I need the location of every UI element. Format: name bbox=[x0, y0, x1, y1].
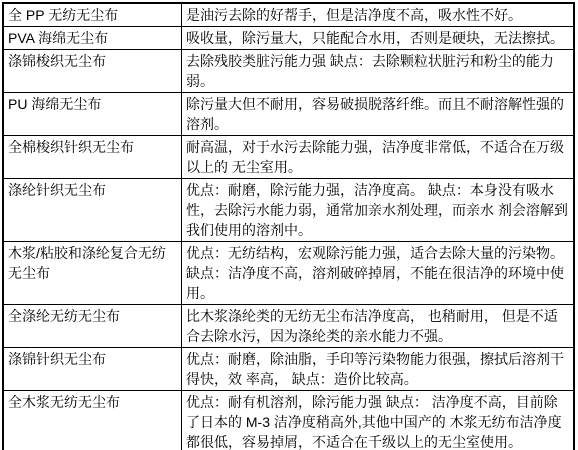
cloth-description-cell: 除污量大但不耐用，容易破损脱落纤维。而且不耐溶解性强的溶剂。 bbox=[182, 93, 575, 136]
table-row: 涤纶针织无尘布 优点：耐磨，除污能力强，洁净度高。 缺点：本身没有吸水性，去除污… bbox=[3, 179, 574, 242]
cloth-description-cell: 是油污去除的好帮手，但是洁净度不高，吸水性不好。 bbox=[182, 3, 575, 27]
cloth-material-cell: 全棉梭织针织无尘布 bbox=[3, 136, 182, 179]
cloth-description-cell: 吸收量，除污量大，只能配合水用，否则是硬块，无法擦拭。 bbox=[182, 27, 575, 50]
table-row: 涤锦针织无尘布 优点：耐磨，除油脂，手印等污染物能力很强，擦拭后溶剂干得快，效 … bbox=[3, 348, 574, 391]
cloth-material-cell: 涤纶针织无尘布 bbox=[3, 179, 182, 242]
table-row: 全涤纶无纺无尘布 比木浆涤纶类的无纺无尘布洁净度高， 也稍耐用， 但是不适合去除… bbox=[3, 305, 574, 348]
table-row: 涤锦梭织无尘布 去除残胶类脏污能力强 缺点：去除颗粒状脏污和粉尘的能力弱。 bbox=[3, 50, 574, 93]
cloth-material-cell: 全木浆无纺无尘布 bbox=[3, 391, 182, 450]
cloth-description-cell: 去除残胶类脏污能力强 缺点：去除颗粒状脏污和粉尘的能力弱。 bbox=[182, 50, 575, 93]
cloth-material-cell: 木浆/粘胶和涤纶复合无纺无尘布 bbox=[3, 242, 182, 305]
document-page: 全 PP 无纺无尘布 是油污去除的好帮手，但是洁净度不高，吸水性不好。 PVA … bbox=[0, 2, 578, 450]
cloth-description-cell: 优点：耐磨，除污能力强，洁净度高。 缺点：本身没有吸水性，去除污水能力弱，通常加… bbox=[182, 179, 575, 242]
cloth-material-cell: PU 海绵无尘布 bbox=[3, 93, 182, 136]
cloth-material-cell: 全涤纶无纺无尘布 bbox=[3, 305, 182, 348]
table-row: PU 海绵无尘布 除污量大但不耐用，容易破损脱落纤维。而且不耐溶解性强的溶剂。 bbox=[3, 93, 574, 136]
table-row: PVA 海绵无尘布 吸收量，除污量大，只能配合水用，否则是硬块，无法擦拭。 bbox=[3, 27, 574, 50]
cloth-description-cell: 耐高温，对于水污去除能力强，洁净度非常低，不适合在万级以上的 无尘室用。 bbox=[182, 136, 575, 179]
table-row: 全棉梭织针织无尘布 耐高温，对于水污去除能力强，洁净度非常低，不适合在万级以上的… bbox=[3, 136, 574, 179]
cloth-description-cell: 优点：无纺结构，宏观除污能力强，适合去除大量的污染物。缺点：洁净度不高，溶剂破碎… bbox=[182, 242, 575, 305]
cloth-description-cell: 优点：耐有机溶剂，除污能力强 缺点： 洁净度不高，目前除了日本的 M-3 洁净度… bbox=[182, 391, 575, 450]
cloth-description-cell: 优点：耐磨，除油脂，手印等污染物能力很强，擦拭后溶剂干得快，效 率高， 缺点：造… bbox=[182, 348, 575, 391]
dust-free-cloth-table: 全 PP 无纺无尘布 是油污去除的好帮手，但是洁净度不高，吸水性不好。 PVA … bbox=[2, 2, 575, 450]
cloth-description-cell: 比木浆涤纶类的无纺无尘布洁净度高， 也稍耐用， 但是不适合去除水污，因为涤纶类的… bbox=[182, 305, 575, 348]
table-row: 木浆/粘胶和涤纶复合无纺无尘布 优点：无纺结构，宏观除污能力强，适合去除大量的污… bbox=[3, 242, 574, 305]
cloth-material-cell: 涤锦梭织无尘布 bbox=[3, 50, 182, 93]
cloth-material-cell: PVA 海绵无尘布 bbox=[3, 27, 182, 50]
cloth-material-cell: 全 PP 无纺无尘布 bbox=[3, 3, 182, 27]
cloth-material-cell: 涤锦针织无尘布 bbox=[3, 348, 182, 391]
table-row: 全木浆无纺无尘布 优点：耐有机溶剂，除污能力强 缺点： 洁净度不高，目前除了日本… bbox=[3, 391, 574, 450]
table-body: 全 PP 无纺无尘布 是油污去除的好帮手，但是洁净度不高，吸水性不好。 PVA … bbox=[3, 3, 574, 450]
table-row: 全 PP 无纺无尘布 是油污去除的好帮手，但是洁净度不高，吸水性不好。 bbox=[3, 3, 574, 27]
